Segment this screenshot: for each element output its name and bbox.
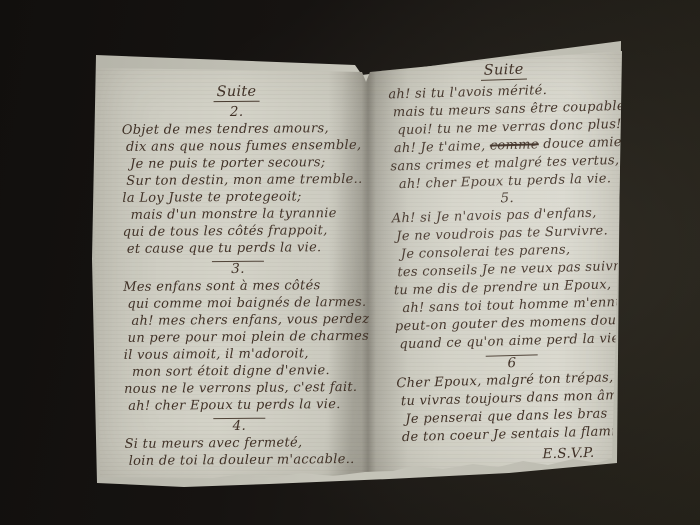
verse-line: Sur ton destin, mon ame tremble.. xyxy=(126,171,352,190)
verse-line: Mes enfans sont à mes côtés xyxy=(123,277,353,296)
verse-line: Je ne puis te porter secours; xyxy=(130,154,352,173)
stanza: Objet de mes tendres amours,dix ans que … xyxy=(122,120,353,258)
verse-line: et cause que tu perds la vie. xyxy=(127,239,353,258)
left-page: Suite 2.Objet de mes tendres amours,dix … xyxy=(99,45,361,489)
left-page-title-text: Suite xyxy=(213,84,259,102)
verse-line: mais d'un monstre la tyrannie xyxy=(130,205,352,224)
stanza-number: 4. xyxy=(124,418,354,435)
verse-line-suffix: douce amie: xyxy=(539,135,627,152)
left-page-title: Suite xyxy=(121,83,351,103)
verse-line: ah! cher Epoux tu perds la vie. xyxy=(128,396,354,415)
stanza: ah! si tu l'avois mérité.mais tu meurs s… xyxy=(388,80,623,194)
left-page-verses: 2.Objet de mes tendres amours,dix ans qu… xyxy=(122,104,355,470)
verse-line: nous ne le verrons plus, c'est fait. xyxy=(124,379,354,398)
verse-line: mon sort étoit digne d'envie. xyxy=(132,362,354,381)
verse-line: loin de toi la douleur m'accable.. xyxy=(129,451,355,470)
verse-line: un pere pour moi plein de charmes xyxy=(128,328,354,347)
stanza: Si tu meurs avec fermeté,loin de toi la … xyxy=(124,434,354,470)
verse-line: dix ans que nous fumes ensemble, xyxy=(126,137,352,156)
right-page: Suite ah! si tu l'avois mérité.mais tu m… xyxy=(367,39,635,488)
verse-line: qui comme moi baignés de larmes. xyxy=(127,294,353,313)
verse-line: ah! mes chers enfans, vous perdez xyxy=(131,311,353,330)
stanza: Mes enfans sont à mes côtésqui comme moi… xyxy=(123,277,354,415)
right-page-title: Suite xyxy=(388,59,620,83)
stanza-number: 3. xyxy=(123,261,353,278)
right-page-title-text: Suite xyxy=(481,62,527,81)
struck-word: comme xyxy=(490,137,539,153)
verse-line-prefix: ah! Je t'aime, xyxy=(394,139,490,157)
verse-line: il vous aimoit, il m'adoroit, xyxy=(124,345,354,364)
verse-line: Si tu meurs avec fermeté, xyxy=(124,434,354,453)
verse-line: qui de tous les côtés frappoit, xyxy=(123,222,353,241)
manuscript-booklet: Suite 2.Objet de mes tendres amours,dix … xyxy=(93,46,628,488)
verse-line: Objet de mes tendres amours, xyxy=(122,120,352,139)
verse-line: la Loy Juste te protegeoit; xyxy=(122,188,352,207)
stanza: Cher Epoux, malgré ton trépas,tu vivras … xyxy=(396,369,630,447)
stanza-number: 2. xyxy=(122,104,352,121)
stanza: Ah! si Je n'avois pas d'enfans,Je ne vou… xyxy=(392,204,628,354)
right-page-verses: ah! si tu l'avois mérité.mais tu meurs s… xyxy=(388,80,630,447)
